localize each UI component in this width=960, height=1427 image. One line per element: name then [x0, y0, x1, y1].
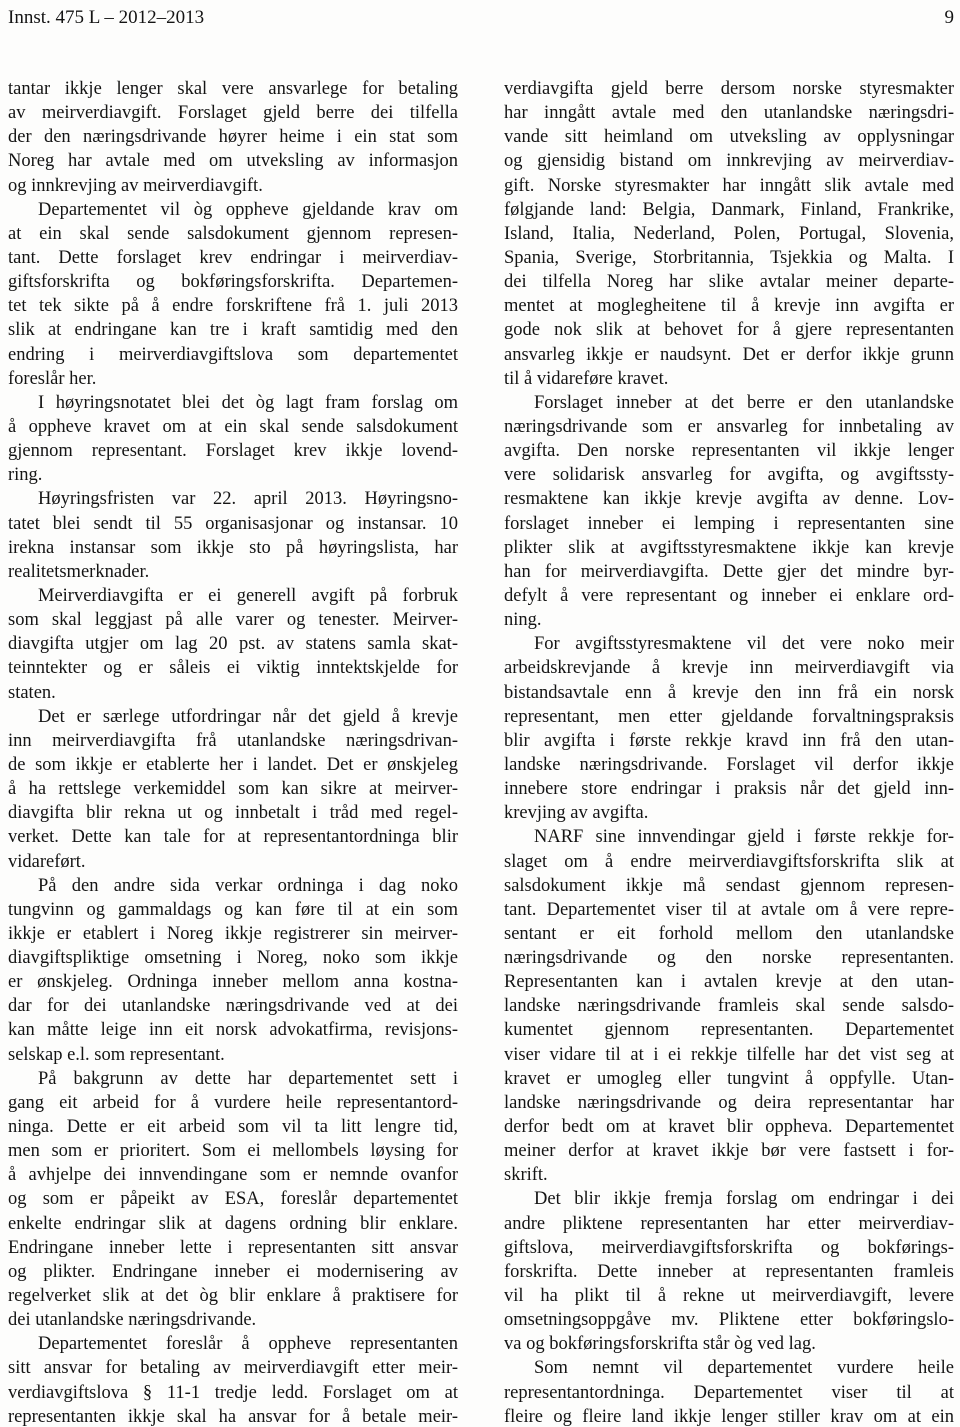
text-line: har inngått avtale med den utanlandske n…	[504, 101, 954, 125]
text-line: dei tilfella Noreg har slike avtalar mei…	[504, 270, 954, 294]
text-line: vidareført.	[8, 850, 458, 874]
text-line: irekna instansar som ikkje sto på høyrin…	[8, 536, 458, 560]
text-line: I høyringsnotatet blei det òg lagt fram …	[8, 391, 458, 415]
text-line: Departementet vil òg oppheve gjeldande k…	[8, 198, 458, 222]
text-line: regelverket slik at det òg blir enklare …	[8, 1284, 458, 1308]
text-line: tungvinn og gammaldags og kan føre til a…	[8, 898, 458, 922]
paragraph: På den andre sida verkar ordninga i dag …	[8, 874, 458, 1067]
paragraph: Departementet vil òg oppheve gjeldande k…	[8, 198, 458, 391]
page-number: 9	[945, 6, 955, 30]
text-line: verdiavgifta gjeld berre dersom norske s…	[504, 77, 954, 101]
text-line: va og bokføringsforskrifta står òg ved l…	[504, 1332, 954, 1356]
paragraph: Forslaget inneber at det berre er den ut…	[504, 391, 954, 632]
text-line: Departementet foreslår å oppheve represe…	[8, 1332, 458, 1356]
text-line: krevjing av avgifta.	[504, 801, 954, 825]
text-line: Spania, Sverige, Storbritannia, Tsjekkia…	[504, 246, 954, 270]
text-line: For avgiftsstyresmaktene vil det vere no…	[504, 632, 954, 656]
text-line: landske næringsdrivande og deira represe…	[504, 1091, 954, 1115]
paragraph: verdiavgifta gjeld berre dersom norske s…	[504, 77, 954, 391]
text-line: gang eit arbeid for å vurdere heile repr…	[8, 1091, 458, 1115]
text-line: staten.	[8, 681, 458, 705]
text-line: NARF sine innvendingar gjeld i første re…	[504, 825, 954, 849]
text-line: viser vidare til at i ei rekkje tilfelle…	[504, 1043, 954, 1067]
text-line: omsetningsoppgåve mv. Pliktene etter bok…	[504, 1308, 954, 1332]
paragraph: Som nemnt vil departementet vurdere heil…	[504, 1356, 954, 1427]
text-line: representantordninga. Departementet vise…	[504, 1381, 954, 1405]
paragraph: Departementet foreslår å oppheve represe…	[8, 1332, 458, 1427]
text-line: å avhjelpe dei innvendingane som er nemn…	[8, 1163, 458, 1187]
text-line: Meirverdiavgifta er ei generell avgift p…	[8, 584, 458, 608]
text-line: giftsforskrifta og bokføringsforskrifta.…	[8, 270, 458, 294]
text-line: gode nok slik at behovet for å gjere rep…	[504, 318, 954, 342]
text-line: kravet er umogleg eller tungvint å oppfy…	[504, 1067, 954, 1091]
text-line: sitt ansvar for betaling av meirverdiavg…	[8, 1356, 458, 1380]
text-line: Det er særlege utfordringar når det gjel…	[8, 705, 458, 729]
text-line: landske næringsdrivande framleis skal se…	[504, 994, 954, 1018]
text-line: ikkje er etablert i Noreg ikkje registre…	[8, 922, 458, 946]
text-line: ninga. Dette er eit arbeid som vil ta li…	[8, 1115, 458, 1139]
text-line: kumentet gjennom representanten. Departe…	[504, 1018, 954, 1042]
left-column: tantar ikkje lenger skal vere ansvarlege…	[8, 77, 458, 1427]
text-line: tantar ikkje lenger skal vere ansvarlege…	[8, 77, 458, 101]
text-line: resmaktene kan ikkje krevje avgifta av d…	[504, 487, 954, 511]
text-line: På den andre sida verkar ordninga i dag …	[8, 874, 458, 898]
text-line: og plikter. Endringane inneber ei modern…	[8, 1260, 458, 1284]
text-line: er ønskjeleg. Ordninga inneber mellom an…	[8, 970, 458, 994]
text-line: næringsdrivande og den norske representa…	[504, 946, 954, 970]
text-line: tant. Dette forslaget krev endringar i m…	[8, 246, 458, 270]
text-line: ansvarleg ikkje er naudsynt. Det er derf…	[504, 343, 954, 367]
text-line: de som ikkje er etablerte her i landet. …	[8, 753, 458, 777]
text-line: selskap e.l. som representant.	[8, 1043, 458, 1067]
paragraph: I høyringsnotatet blei det òg lagt fram …	[8, 391, 458, 488]
paragraph: På bakgrunn av dette har departementet s…	[8, 1067, 458, 1333]
text-line: han for meirverdiavgifta. Dette gjer det…	[504, 560, 954, 584]
text-line: vere solidarisk ansvarleg for avgifta, o…	[504, 463, 954, 487]
text-line: til å vidareføre kravet.	[504, 367, 954, 391]
text-line: realitetsmerknader.	[8, 560, 458, 584]
text-line: Endringane inneber lette i representante…	[8, 1236, 458, 1260]
text-line: andre pliktene representanten har etter …	[504, 1212, 954, 1236]
text-line: tant. Departementet viser til at avtale …	[504, 898, 954, 922]
text-line: forslaget inneber ei lemping i represent…	[504, 512, 954, 536]
text-line: dei utanlandske næringsdrivande.	[8, 1308, 458, 1332]
text-line: tet tek sikte på å endre forskriftene fr…	[8, 294, 458, 318]
text-line: salsdokument ikkje må sendast gjennom re…	[504, 874, 954, 898]
text-line: som skal leggjast på alle varer og tenes…	[8, 608, 458, 632]
text-line: slaget om å endre meirverdiavgiftsforskr…	[504, 850, 954, 874]
document-title: Innst. 475 L – 2012–2013	[8, 6, 204, 30]
text-line: vil ha plikt til å rekne ut meirverdiavg…	[504, 1284, 954, 1308]
text-line: dar for dei utanlandske næringsdrivande …	[8, 994, 458, 1018]
text-line: giftslova, meirverdiavgiftsforskrifta og…	[504, 1236, 954, 1260]
text-line: På bakgrunn av dette har departementet s…	[8, 1067, 458, 1091]
document-page: Innst. 475 L – 2012–2013 9 tantar ikkje …	[0, 0, 960, 1427]
text-line: ning.	[504, 608, 954, 632]
text-line: Representanten kan i avtalen krevje at d…	[504, 970, 954, 994]
text-line: å ha rettslege verkemiddel som kan sikre…	[8, 777, 458, 801]
text-line: representant, men etter gjeldande forval…	[504, 705, 954, 729]
text-line: diavgiftspliktige omsetning i Noreg, nok…	[8, 946, 458, 970]
text-line: enkelte endringar slik at dagens ordning…	[8, 1212, 458, 1236]
text-line: der den næringsdrivande høyrer heime i e…	[8, 125, 458, 149]
paragraph: tantar ikkje lenger skal vere ansvarlege…	[8, 77, 458, 198]
text-line: vande sitt heimland om utveksling av opp…	[504, 125, 954, 149]
text-line: endring i meirverdiavgiftslova som depar…	[8, 343, 458, 367]
text-line: plikter slik at avgiftsstyresmaktene ikk…	[504, 536, 954, 560]
text-line: defylt å vere representant og inneber ei…	[504, 584, 954, 608]
paragraph: Det blir ikkje fremja forslag om endring…	[504, 1187, 954, 1356]
page-header: Innst. 475 L – 2012–2013 9	[8, 6, 954, 30]
text-line: forskrifta. Dette inneber at representan…	[504, 1260, 954, 1284]
text-line: innebere store endringar i praksis når d…	[504, 777, 954, 801]
text-line: avgifta. Den norske representanten vil i…	[504, 439, 954, 463]
text-line: verket. Dette kan tale for at representa…	[8, 825, 458, 849]
text-line: foreslår her.	[8, 367, 458, 391]
text-line: og innkrevjing av meirverdiavgift.	[8, 174, 458, 198]
paragraph: NARF sine innvendingar gjeld i første re…	[504, 825, 954, 1187]
text-line: Forslaget inneber at det berre er den ut…	[504, 391, 954, 415]
paragraph: For avgiftsstyresmaktene vil det vere no…	[504, 632, 954, 825]
text-line: derfor bedt om at kravet blir oppheva. D…	[504, 1115, 954, 1139]
text-line: slik at endringane kan tre i kraft samti…	[8, 318, 458, 342]
text-line: kan måtte leige inn eit norsk advokatfir…	[8, 1018, 458, 1042]
text-line: at ein skal sende salsdokument gjennom r…	[8, 222, 458, 246]
text-line: tatet blei sendt til 55 organisasjonar o…	[8, 512, 458, 536]
text-line: bistandsavtale enn å krevje den inn frå …	[504, 681, 954, 705]
text-line: av meirverdiavgift. Forslaget gjeld berr…	[8, 101, 458, 125]
text-line: å oppheve kravet om at ein skal sende sa…	[8, 415, 458, 439]
text-line: mentet at moglegheitene til å krevje inn…	[504, 294, 954, 318]
text-line: sentant er eit forhold mellom den utanla…	[504, 922, 954, 946]
text-line: verdiavgiftslova § 11-1 tredje ledd. For…	[8, 1381, 458, 1405]
paragraph: Høyringsfristen var 22. april 2013. Høyr…	[8, 487, 458, 584]
paragraph: Det er særlege utfordringar når det gjel…	[8, 705, 458, 874]
text-columns: tantar ikkje lenger skal vere ansvarlege…	[8, 77, 954, 1427]
text-line: blir avgifta i første rekkje kravd inn f…	[504, 729, 954, 753]
text-line: skrift.	[504, 1163, 954, 1187]
text-line: gjennom representant. Forslaget krev ikk…	[8, 439, 458, 463]
text-line: diavgifta blir rekna ut og innbetalt i t…	[8, 801, 458, 825]
text-line: og som er påpeikt av ESA, foreslår depar…	[8, 1187, 458, 1211]
text-line: arbeidskrevjande å krevje inn meirverdia…	[504, 656, 954, 680]
text-line: Island, Italia, Nederland, Polen, Portug…	[504, 222, 954, 246]
paragraph: Meirverdiavgifta er ei generell avgift p…	[8, 584, 458, 705]
text-line: næringsdrivande som er ansvarleg for inn…	[504, 415, 954, 439]
text-line: Som nemnt vil departementet vurdere heil…	[504, 1356, 954, 1380]
text-line: inn meirverdiavgifta frå utanlandske nær…	[8, 729, 458, 753]
text-line: men som er prioritert. Som ei mellombels…	[8, 1139, 458, 1163]
text-line: representanten ikkje skal ha ansvar for …	[8, 1405, 458, 1427]
text-line: og gjensidig bistand om innkrevjing av m…	[504, 149, 954, 173]
text-line: ring.	[8, 463, 458, 487]
text-line: meiner derfor at kravet ikkje bør vere f…	[504, 1139, 954, 1163]
text-line: diavgifta utgjer om lag 20 pst. av state…	[8, 632, 458, 656]
text-line: landske næringsdrivande. Forslaget vil d…	[504, 753, 954, 777]
text-line: Høyringsfristen var 22. april 2013. Høyr…	[8, 487, 458, 511]
text-line: fleire og fleire land ikkje lenger still…	[504, 1405, 954, 1427]
text-line: teinntekter og er såleis ei viktig innte…	[8, 656, 458, 680]
text-line: følgjande land: Belgia, Danmark, Finland…	[504, 198, 954, 222]
right-column: verdiavgifta gjeld berre dersom norske s…	[504, 77, 954, 1427]
text-line: Det blir ikkje fremja forslag om endring…	[504, 1187, 954, 1211]
text-line: gift. Norske styresmakter har inngått sl…	[504, 174, 954, 198]
text-line: Noreg har avtale med om utveksling av in…	[8, 149, 458, 173]
